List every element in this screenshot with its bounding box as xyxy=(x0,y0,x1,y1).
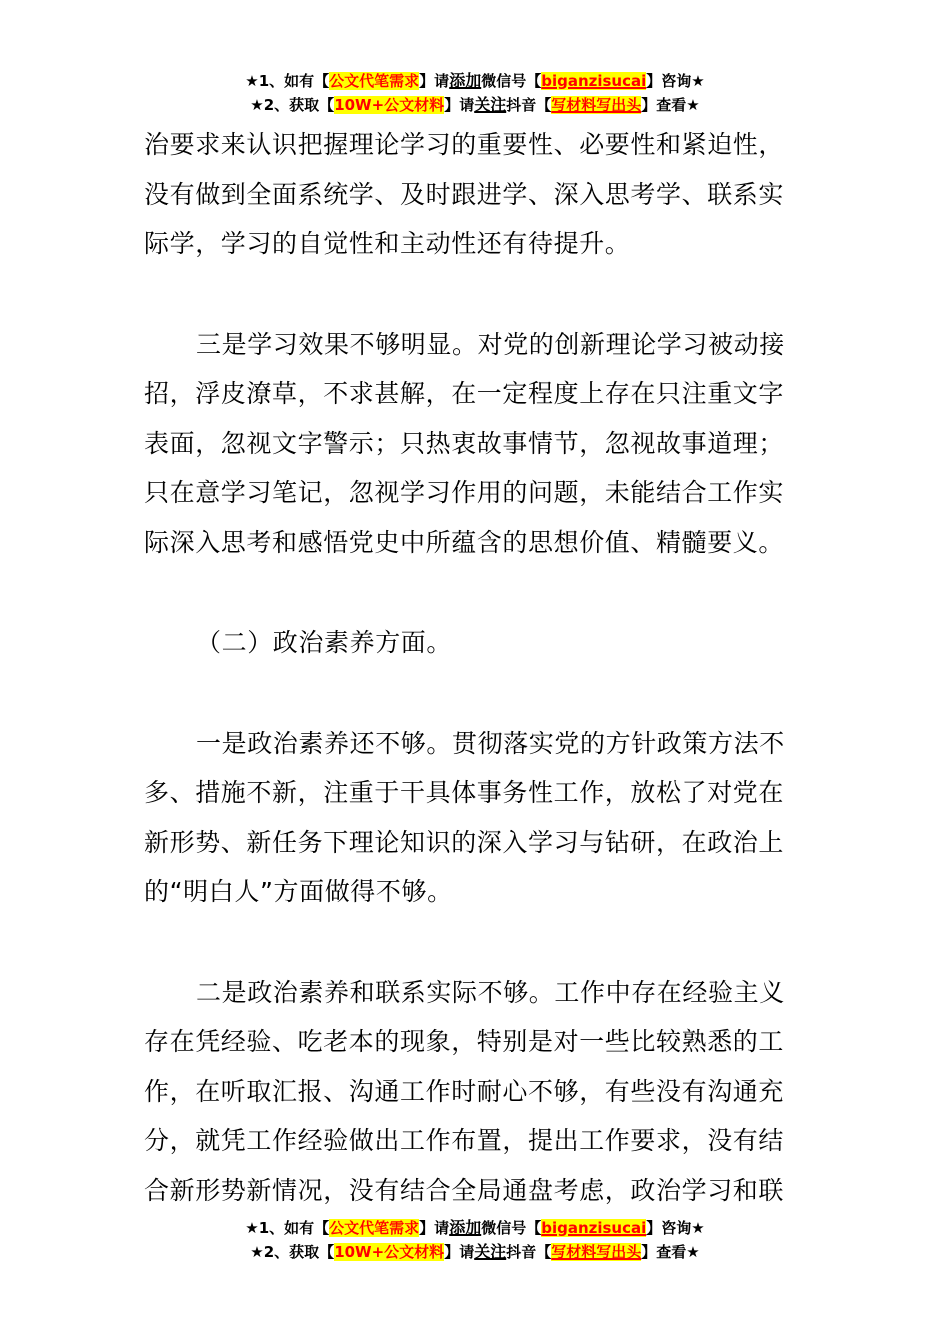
banner-text: 】查看★ xyxy=(641,1243,699,1261)
banner-text: 】请 xyxy=(419,1219,449,1237)
paragraph-spacer xyxy=(144,917,814,968)
text-line: 治要求来认识把握理论学习的重要性、必要性和紧迫性， xyxy=(144,120,814,170)
paragraph-spacer xyxy=(144,567,814,618)
banner-text: 抖音【 xyxy=(506,96,551,114)
banner-line-1: ★1、如有【公文代笔需求】请添加微信号【biganzisucai】咨询★ xyxy=(0,69,950,93)
highlight-materials: 10W+公文材料 xyxy=(334,96,444,114)
banner-text: 微信号【 xyxy=(481,72,541,90)
banner-text: 】请 xyxy=(444,1243,474,1261)
banner-text: 】查看★ xyxy=(641,96,699,114)
text-line: 的“明白人”方面做得不够。 xyxy=(144,867,814,917)
underlined-add: 添加 xyxy=(449,71,481,90)
banner-text: ★2、获取【 xyxy=(250,1243,334,1261)
highlight-materials: 10W+公文材料 xyxy=(334,1243,444,1261)
banner-text: 】请 xyxy=(419,72,449,90)
text-line: 新形势、新任务下理论知识的深入学习与钻研，在政治上 xyxy=(144,818,814,868)
highlight-douyin-account[interactable]: 写材料写出头 xyxy=(551,1243,641,1261)
paragraph-political-quality-2: 二是政治素养和联系实际不够。工作中存在经验主义 存在凭经验、吃老本的现象，特别是… xyxy=(144,968,814,1216)
text-line: 二是政治素养和联系实际不够。工作中存在经验主义 xyxy=(144,968,814,1018)
paragraph-political-quality-1: 一是政治素养还不够。贯彻落实党的方针政策方法不 多、措施不新，注重于干具体事务性… xyxy=(144,719,814,917)
banner-text: 微信号【 xyxy=(481,1219,541,1237)
text-line: 表面，忽视文字警示；只热衷故事情节，忽视故事道理； xyxy=(144,419,814,469)
footer-banner: ★1、如有【公文代笔需求】请添加微信号【biganzisucai】咨询★ ★2、… xyxy=(0,1216,950,1264)
highlight-writing-service: 公文代笔需求 xyxy=(329,1219,419,1237)
text-line: 招，浮皮潦草，不求甚解，在一定程度上存在只注重文字 xyxy=(144,369,814,419)
text-line: 三是学习效果不够明显。对党的创新理论学习被动接 xyxy=(144,320,814,370)
text-line: 作，在听取汇报、沟通工作时耐心不够，有些没有沟通充 xyxy=(144,1067,814,1117)
banner-text: 抖音【 xyxy=(506,1243,551,1261)
text-line: 分，就凭工作经验做出工作布置，提出工作要求，没有结 xyxy=(144,1116,814,1166)
header-banner: ★1、如有【公文代笔需求】请添加微信号【biganzisucai】咨询★ ★2、… xyxy=(0,69,950,117)
document-body: 治要求来认识把握理论学习的重要性、必要性和紧迫性， 没有做到全面系统学、及时跟进… xyxy=(144,120,814,1215)
underlined-add: 添加 xyxy=(449,1218,481,1237)
text-line: 际深入思考和感悟党史中所蕴含的思想价值、精髓要义。 xyxy=(144,518,814,568)
text-line: 合新形势新情况，没有结合全局通盘考虑，政治学习和联 xyxy=(144,1166,814,1216)
banner-text: 】请 xyxy=(444,96,474,114)
banner-text: ★2、获取【 xyxy=(250,96,334,114)
text-line: 际学，学习的自觉性和主动性还有待提升。 xyxy=(144,219,814,269)
underlined-follow: 关注 xyxy=(474,1242,506,1261)
text-line: 只在意学习笔记，忽视学习作用的问题，未能结合工作实 xyxy=(144,468,814,518)
paragraph-spacer xyxy=(144,269,814,320)
text-line: 存在凭经验、吃老本的现象，特别是对一些比较熟悉的工 xyxy=(144,1017,814,1067)
banner-line-2: ★2、获取【10W+公文材料】请关注抖音【写材料写出头】查看★ xyxy=(0,1240,950,1264)
underlined-follow: 关注 xyxy=(474,95,506,114)
banner-text: ★1、如有【 xyxy=(245,1219,329,1237)
text-line: 没有做到全面系统学、及时跟进学、深入思考学、联系实 xyxy=(144,170,814,220)
section-heading: （二）政治素养方面。 xyxy=(144,618,814,668)
banner-text: 】咨询★ xyxy=(646,1219,704,1237)
banner-text: 】咨询★ xyxy=(646,72,704,90)
paragraph-spacer xyxy=(144,668,814,719)
section-heading-political-quality: （二）政治素养方面。 xyxy=(144,618,814,668)
banner-line-2: ★2、获取【10W+公文材料】请关注抖音【写材料写出头】查看★ xyxy=(0,93,950,117)
banner-line-1: ★1、如有【公文代笔需求】请添加微信号【biganzisucai】咨询★ xyxy=(0,1216,950,1240)
text-line: 一是政治素养还不够。贯彻落实党的方针政策方法不 xyxy=(144,719,814,769)
highlight-wechat-id[interactable]: biganzisucai xyxy=(541,1219,646,1237)
banner-text: ★1、如有【 xyxy=(245,72,329,90)
paragraph-continuation: 治要求来认识把握理论学习的重要性、必要性和紧迫性， 没有做到全面系统学、及时跟进… xyxy=(144,120,814,269)
text-line: 多、措施不新，注重于干具体事务性工作，放松了对党在 xyxy=(144,768,814,818)
highlight-writing-service: 公文代笔需求 xyxy=(329,72,419,90)
paragraph-learning-effect: 三是学习效果不够明显。对党的创新理论学习被动接 招，浮皮潦草，不求甚解，在一定程… xyxy=(144,320,814,568)
highlight-wechat-id[interactable]: biganzisucai xyxy=(541,72,646,90)
highlight-douyin-account[interactable]: 写材料写出头 xyxy=(551,96,641,114)
